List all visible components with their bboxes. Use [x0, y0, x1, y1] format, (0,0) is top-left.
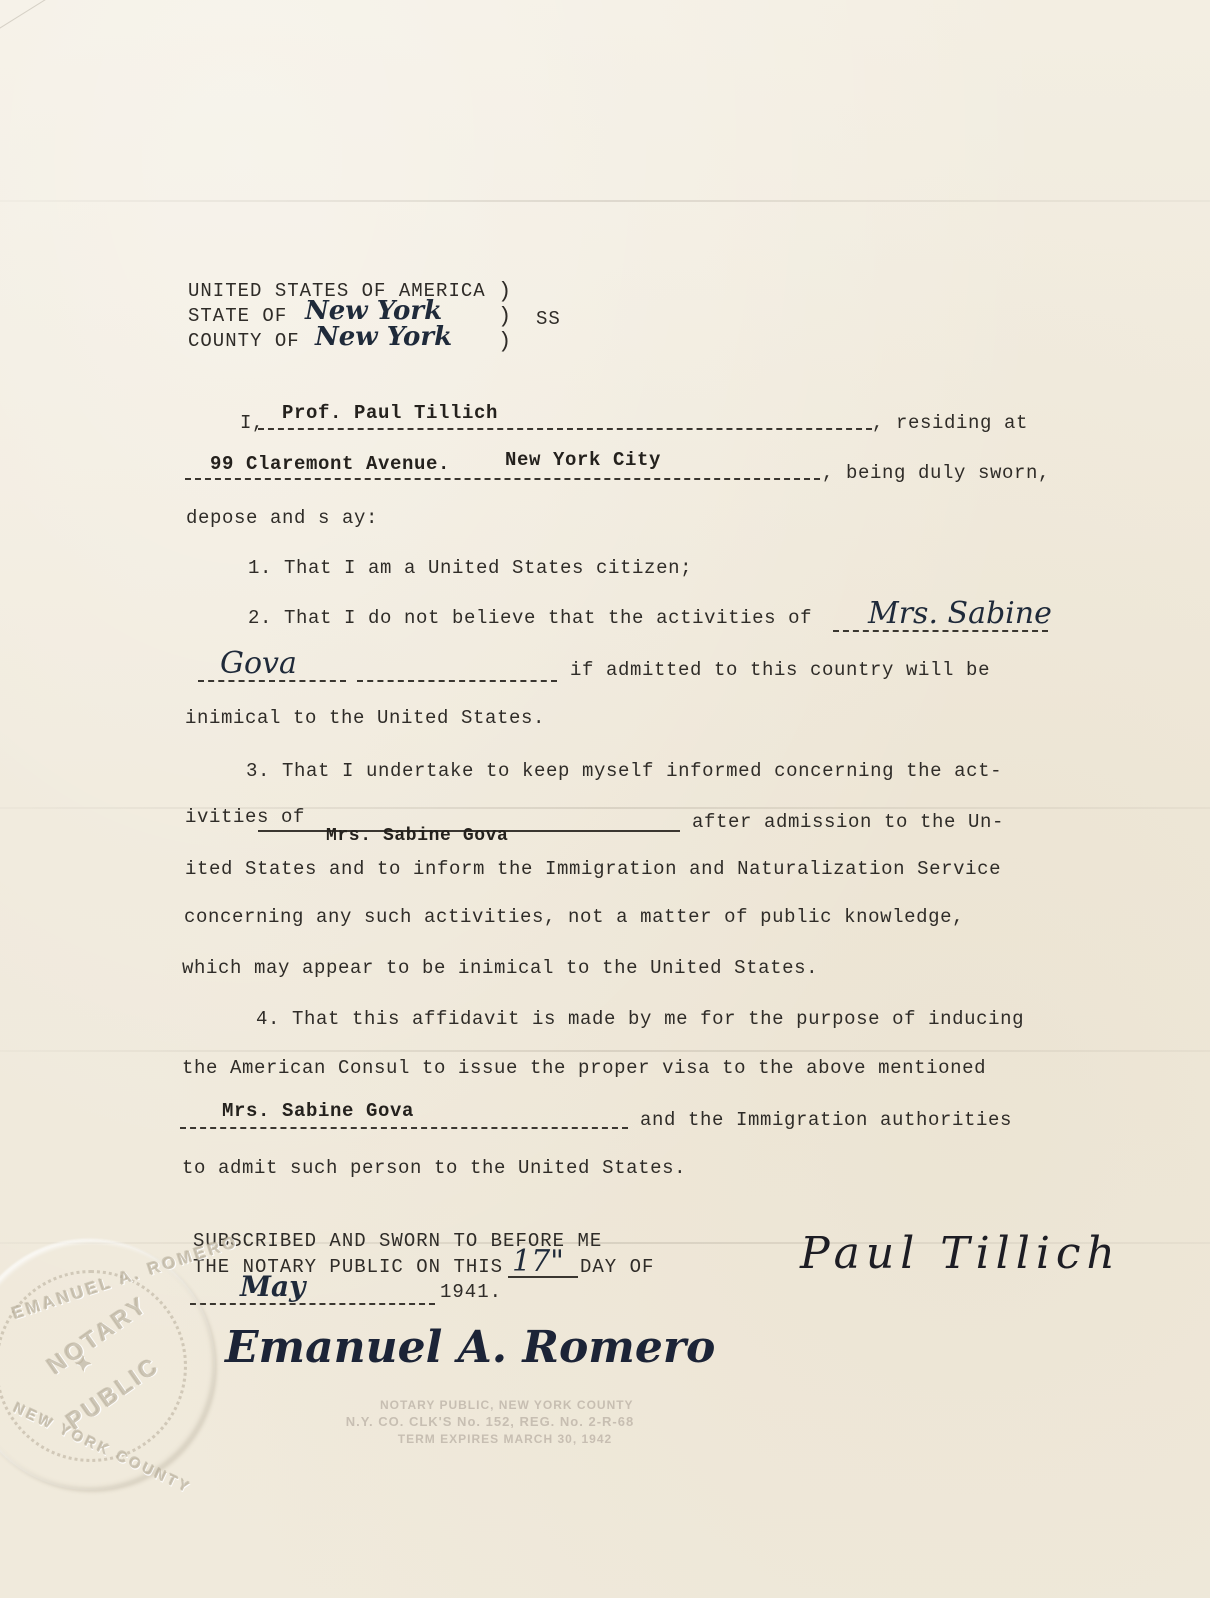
depose-label: depose and s ay: — [186, 507, 378, 529]
jurat-day-handwritten: 17" — [512, 1244, 564, 1279]
beneficiary-line — [357, 680, 557, 682]
paragraph-3-line1: 3. That I undertake to keep myself infor… — [246, 760, 1002, 782]
paragraph-4-line1: 4. That this affidavit is made by me for… — [256, 1008, 1024, 1030]
i-label: I, — [240, 412, 264, 434]
paragraph-3-line4: concerning any such activities, not a ma… — [184, 906, 964, 928]
affiant-address: 99 Claremont Avenue. — [210, 453, 450, 475]
beneficiary-name-handwritten: Mrs. Sabine — [868, 596, 1052, 631]
paper-crease — [0, 807, 1210, 809]
notary-signature: Emanuel A. Romero — [225, 1322, 715, 1373]
affiant-name: Prof. Paul Tillich — [282, 402, 498, 424]
caption-ss: SS — [536, 308, 561, 330]
caption-bracket: ) — [498, 279, 511, 304]
paragraph-2-line3: inimical to the United States. — [185, 707, 545, 729]
paper-crease — [0, 200, 1210, 202]
paragraph-3-line2b: after admission to the Un- — [692, 811, 1004, 833]
beneficiary-line — [198, 680, 346, 682]
paragraph-2-line1: 2. That I do not believe that the activi… — [248, 607, 812, 629]
beneficiary-name-typed: Mrs. Sabine Gova — [222, 1100, 414, 1122]
paragraph-4-line2: the American Consul to issue the proper … — [182, 1057, 986, 1079]
paragraph-4-line4: to admit such person to the United State… — [182, 1157, 686, 1179]
beneficiary-line — [180, 1127, 628, 1129]
caption-county-label: COUNTY OF — [188, 330, 300, 352]
caption-county-value: New York — [315, 322, 452, 352]
jurat-line2-suffix: DAY OF — [580, 1256, 654, 1278]
caption-bracket: ) — [498, 304, 511, 329]
embossed-notary-seal: EMANUEL A. ROMERO NOTARY ✦ PUBLIC NEW YO… — [0, 1240, 215, 1490]
sworn-label: , being duly sworn, — [822, 462, 1050, 484]
paragraph-3-line2: ivities of — [185, 806, 305, 828]
caption-state-label: STATE OF — [188, 305, 287, 327]
affiant-name-line — [258, 428, 872, 430]
beneficiary-line — [833, 630, 1048, 632]
day-line — [508, 1276, 578, 1278]
jurat-month-handwritten: May — [240, 1270, 305, 1303]
stamp-line1: NOTARY PUBLIC, NEW YORK COUNTY — [380, 1398, 630, 1412]
stamp-line3: TERM EXPIRES MARCH 30, 1942 — [380, 1432, 630, 1446]
paper-crease — [0, 0, 150, 41]
residing-label: , residing at — [872, 412, 1028, 434]
address-line — [185, 478, 820, 480]
jurat-year: 1941. — [440, 1281, 502, 1303]
caption-bracket: ) — [498, 329, 511, 354]
seal-star-icon: ✦ — [75, 1352, 95, 1377]
month-line — [190, 1303, 435, 1305]
beneficiary-surname-handwritten: Gova — [220, 646, 297, 681]
affiant-city: New York City — [505, 449, 661, 471]
paragraph-2-line2: if admitted to this country will be — [570, 659, 990, 681]
paragraph-1: 1. That I am a United States citizen; — [248, 557, 692, 579]
affiant-signature: Paul Tillich — [800, 1228, 1121, 1279]
paragraph-3-line3: ited States and to inform the Immigratio… — [185, 858, 1001, 880]
paragraph-4-line3: and the Immigration authorities — [640, 1109, 1012, 1131]
paper-crease — [0, 1050, 1210, 1052]
beneficiary-name-typed: Mrs. Sabine Gova — [326, 826, 508, 846]
paragraph-3-line5: which may appear to be inimical to the U… — [182, 957, 818, 979]
stamp-line2: N.Y. CO. CLK'S No. 152, REG. No. 2-R-68 — [345, 1414, 635, 1429]
